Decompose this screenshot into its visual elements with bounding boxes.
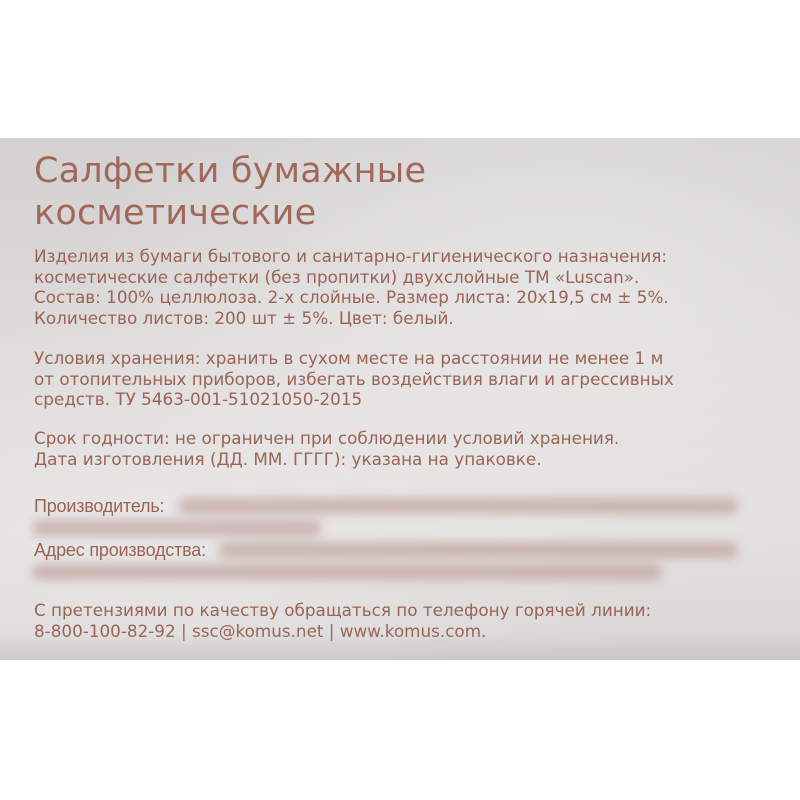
- storage-conditions: Условия хранения: хранить в сухом месте …: [34, 348, 674, 410]
- title-line-1: Салфетки бумажные: [34, 150, 426, 192]
- title-line-2: косметические: [34, 192, 426, 234]
- production-address-value-redacted: [32, 564, 662, 580]
- manufacturer-value-redacted: [178, 498, 738, 514]
- description-line: косметические салфетки (без пропитки) дв…: [34, 267, 669, 288]
- production-address-label: Адрес производства:: [34, 540, 206, 561]
- storage-line: от отопительных приборов, избегать возде…: [34, 369, 674, 390]
- description-line: Состав: 100% целлюлоза. 2-х слойные. Раз…: [34, 287, 669, 308]
- manufacturer-value-redacted: [32, 520, 322, 536]
- contact-info: С претензиями по качеству обращаться по …: [34, 600, 651, 641]
- product-photo: Салфетки бумажные косметические Изделия …: [0, 0, 800, 800]
- storage-line: Условия хранения: хранить в сухом месте …: [34, 348, 674, 369]
- shelf-life: Срок годности: не ограничен при соблюден…: [34, 428, 619, 469]
- description-line: Изделия из бумаги бытового и санитарно-г…: [34, 246, 669, 267]
- manufacture-date-line: Дата изготовления (ДД. ММ. ГГГГ): указан…: [34, 449, 619, 470]
- complaints-line: С претензиями по качеству обращаться по …: [34, 600, 651, 621]
- manufacturer-label: Производитель:: [34, 496, 164, 517]
- hotline-contacts: 8-800-100-82-92 | ssc@komus.net | www.ko…: [34, 621, 651, 642]
- production-address-value-redacted: [218, 542, 738, 558]
- storage-line: средств. ТУ 5463-001-51021050-2015: [34, 389, 674, 410]
- product-title: Салфетки бумажные косметические: [34, 150, 426, 234]
- description-line: Количество листов: 200 шт ± 5%. Цвет: бе…: [34, 308, 669, 329]
- manufacturer-info: Производитель: Адрес производства:: [34, 495, 738, 583]
- product-label: Салфетки бумажные косметические Изделия …: [0, 138, 800, 660]
- shelf-life-line: Срок годности: не ограничен при соблюден…: [34, 428, 619, 449]
- product-description: Изделия из бумаги бытового и санитарно-г…: [34, 246, 669, 328]
